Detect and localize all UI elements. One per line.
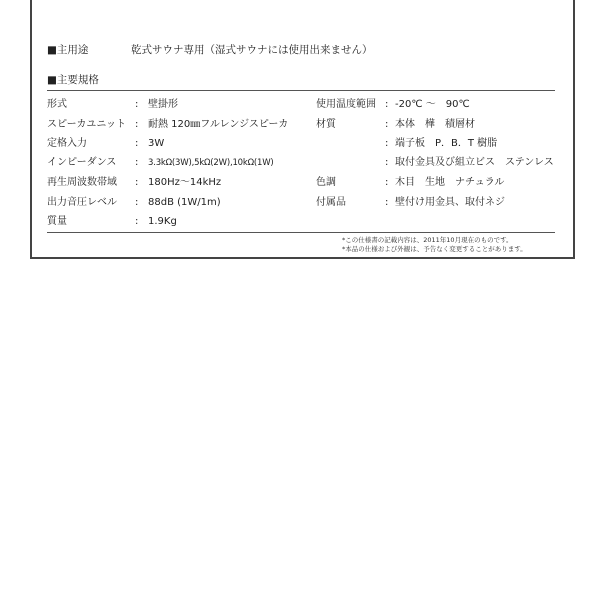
spec-colon: : <box>135 118 138 132</box>
specs-top-rule <box>47 90 555 91</box>
spec-value: 壁付け用金具、取付ネジ <box>395 196 505 210</box>
spec-label: 定格入力 <box>47 137 87 151</box>
spec-value: 本体 樺 積層材 <box>395 118 475 132</box>
spec-value: 木目 生地 ナチュラル <box>395 176 504 190</box>
footnote-change-notice: *本品の仕様および外観は、予告なく変更することがあります。 <box>342 245 527 254</box>
spec-colon: : <box>135 215 138 229</box>
spec-value: 耐熱 120㎜フルレンジスピーカ <box>148 118 288 132</box>
spec-label: 出力音圧レベル <box>47 196 117 210</box>
footnote-date: *この仕様書の記載内容は、2011年10月現在のものです。 <box>342 236 527 245</box>
spec-colon: : <box>135 156 138 170</box>
spec-label: 材質 <box>316 118 336 132</box>
spec-label: 使用温度範囲 <box>316 98 376 112</box>
usage-heading: ■主用途 <box>47 42 88 57</box>
spec-value: 3W <box>148 137 164 151</box>
spec-value: 取付金具及び組立ビス ステンレス <box>395 156 554 170</box>
spec-value: 3.3kΩ(3W),5kΩ(2W),10kΩ(1W) <box>148 156 274 170</box>
spec-label: 再生周波数帯域 <box>47 176 117 190</box>
spec-colon: : <box>135 137 138 151</box>
spec-label: 質量 <box>47 215 67 229</box>
spec-colon: : <box>385 98 388 112</box>
specs-heading: ■主要規格 <box>47 72 99 87</box>
footnotes: *この仕様書の記載内容は、2011年10月現在のものです。 *本品の仕様および外… <box>342 236 527 254</box>
spec-colon: : <box>135 196 138 210</box>
spec-label: 付属品 <box>316 196 346 210</box>
spec-label: 形式 <box>47 98 67 112</box>
spec-value: -20℃ ～ 90℃ <box>395 98 470 112</box>
spec-colon: : <box>385 176 388 190</box>
spec-value: 180Hz～14kHz <box>148 176 221 190</box>
spec-label: インピーダンス <box>47 156 116 170</box>
spec-colon: : <box>385 156 388 170</box>
specs-bottom-rule <box>47 232 555 233</box>
spec-value: 壁掛形 <box>148 98 178 112</box>
spec-colon: : <box>385 196 388 210</box>
spec-colon: : <box>385 137 388 151</box>
usage-value: 乾式サウナ専用（湿式サウナには使用出来ません） <box>131 42 373 57</box>
spec-label: スピーカユニット <box>47 118 126 132</box>
spec-colon: : <box>135 176 138 190</box>
spec-value: 88dB (1W/1m) <box>148 196 221 210</box>
spec-value: 1.9Kg <box>148 215 177 229</box>
spec-colon: : <box>135 98 138 112</box>
spec-value: 端子板 P．B．T 樹脂 <box>395 137 497 151</box>
spec-label: 色調 <box>316 176 336 190</box>
spec-colon: : <box>385 118 388 132</box>
